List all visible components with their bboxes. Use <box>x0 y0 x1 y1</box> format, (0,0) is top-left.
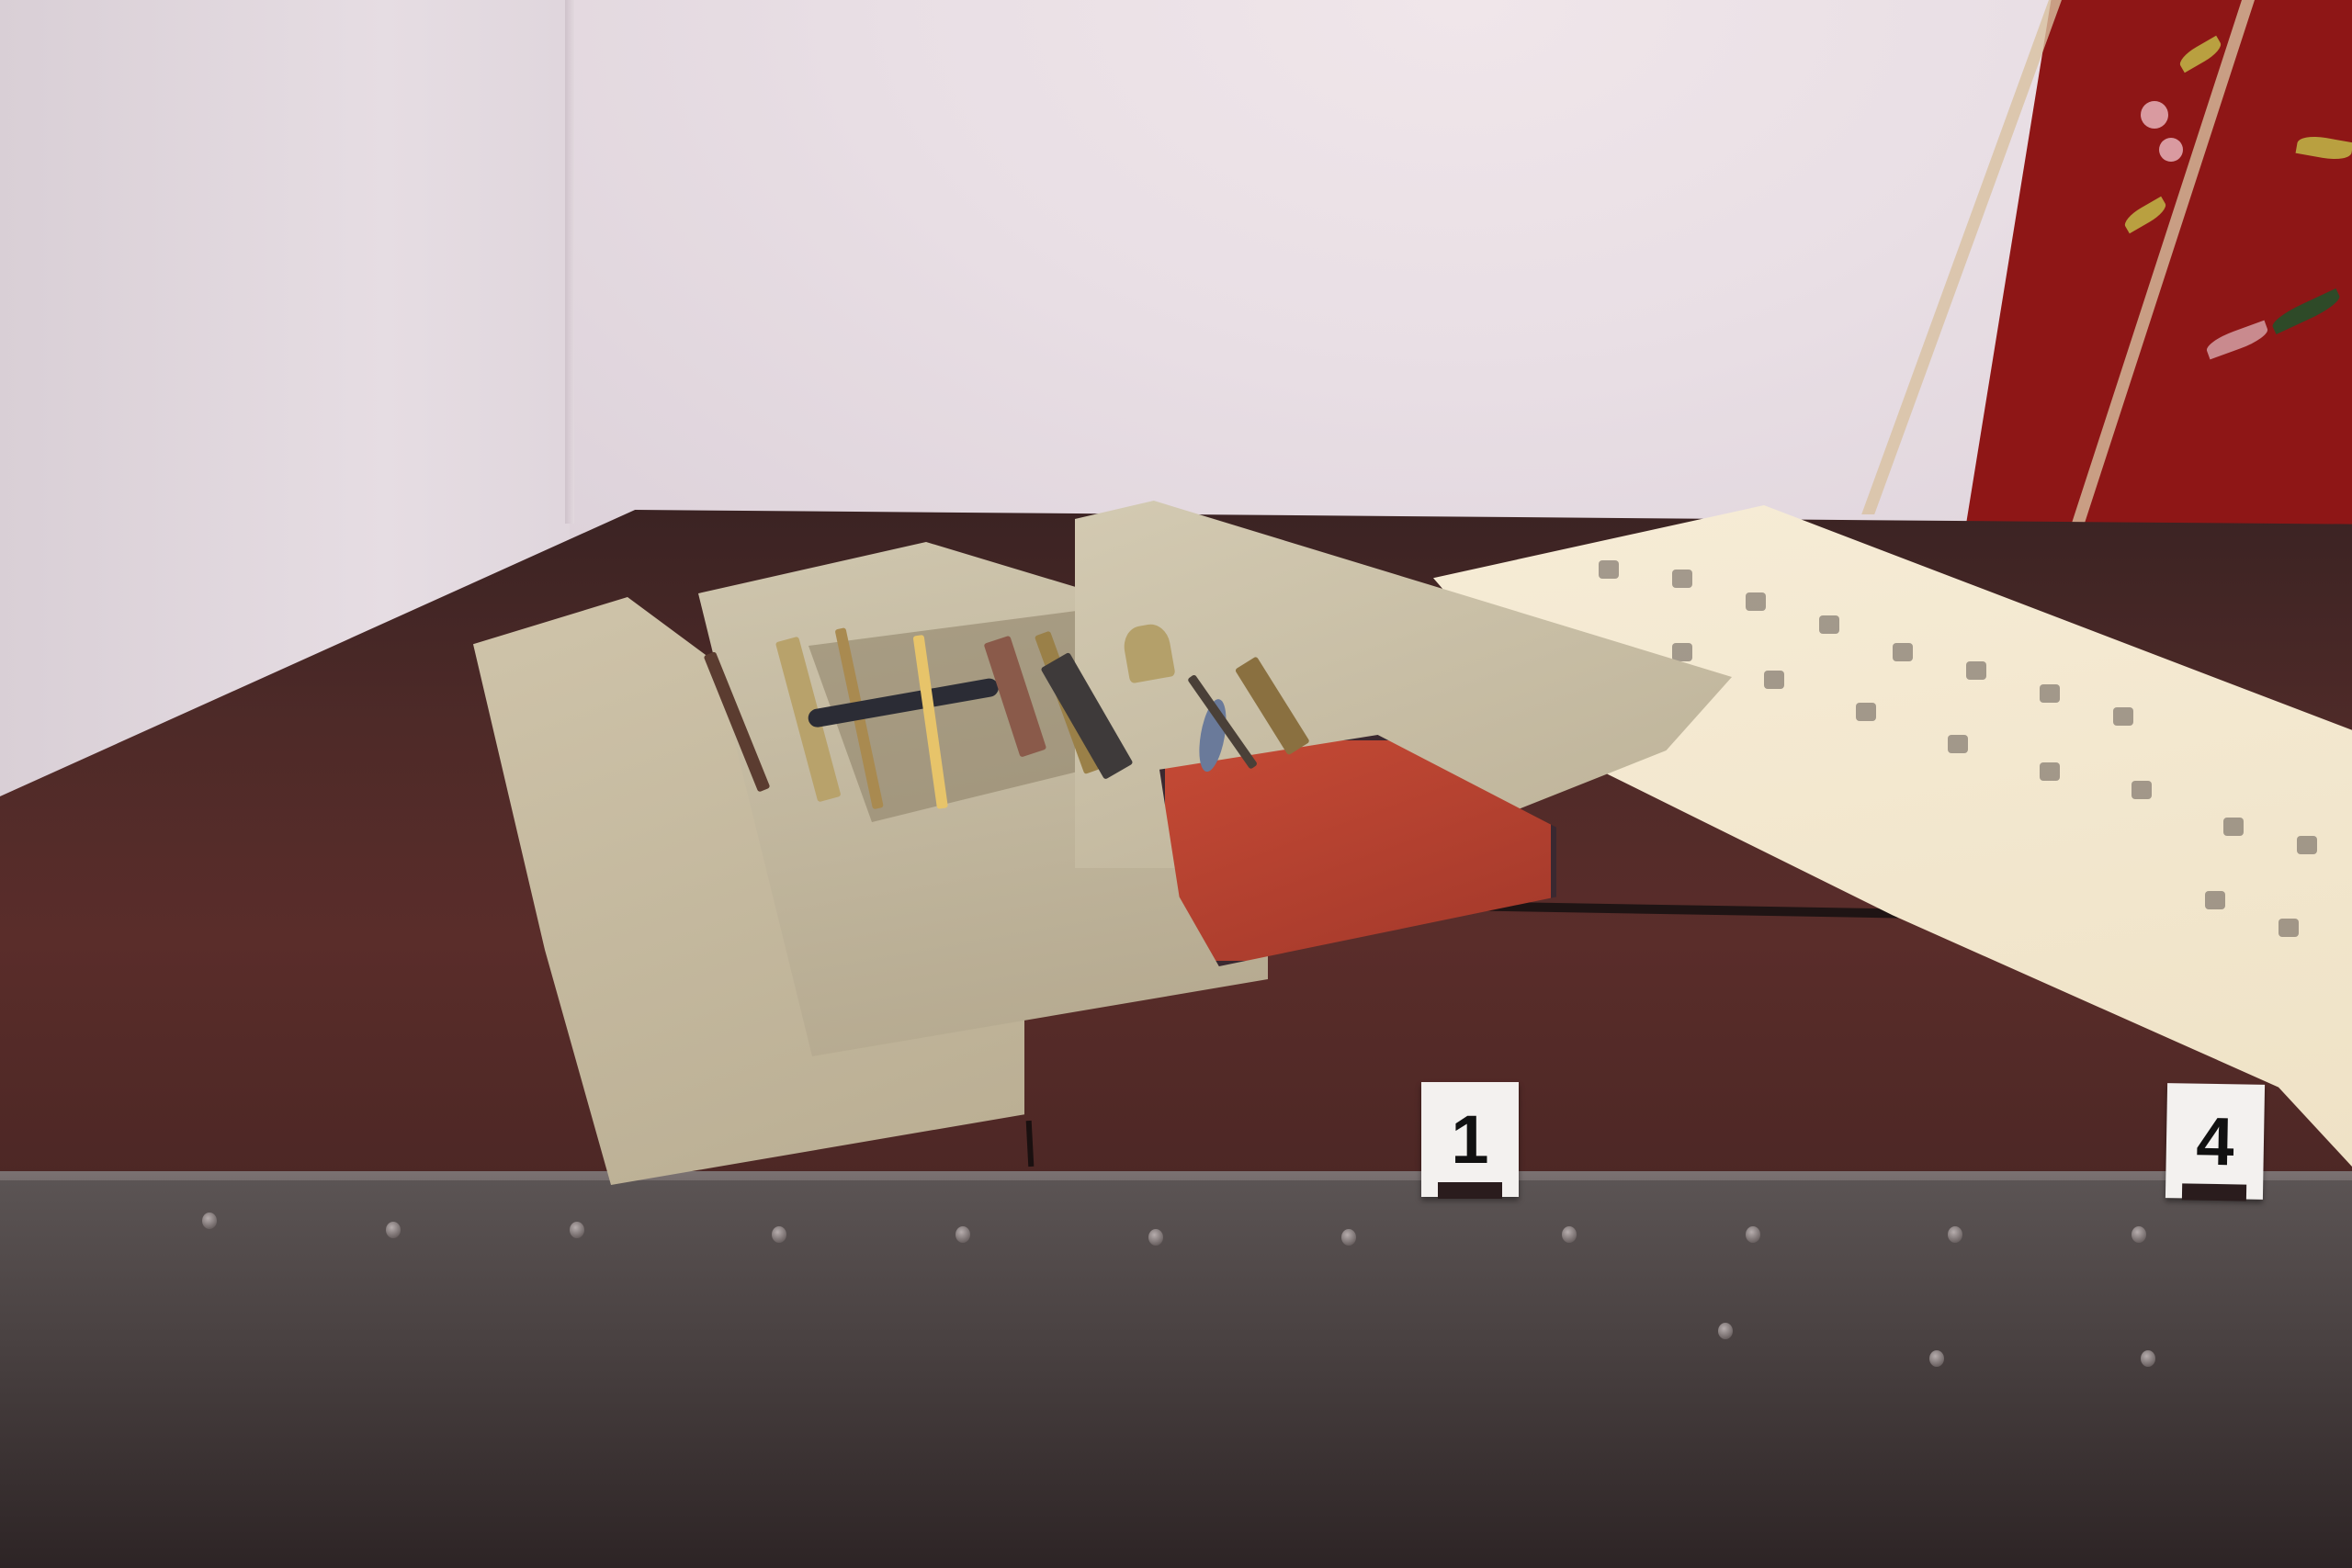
script-character <box>2223 818 2244 836</box>
chest-front-panel <box>0 1180 2352 1568</box>
script-character <box>2113 707 2133 726</box>
script-character <box>1764 671 1784 689</box>
rivet-icon <box>386 1222 401 1238</box>
embroidered-flower-icon <box>2141 101 2168 129</box>
script-character <box>1599 560 1619 579</box>
embroidered-flower-icon <box>2159 138 2183 162</box>
rivet-icon <box>1718 1323 1733 1339</box>
rivet-icon <box>772 1226 786 1243</box>
script-character <box>1819 615 1839 634</box>
script-character <box>1672 570 1692 588</box>
script-character <box>1966 661 1986 680</box>
script-character <box>1746 592 1766 611</box>
wall-corner <box>565 0 574 524</box>
script-character <box>2040 684 2060 703</box>
script-character <box>2297 836 2317 854</box>
tag-stand-notch <box>2182 1183 2246 1201</box>
exhibit-tag-1: 1 <box>1421 1082 1519 1197</box>
tag-stand-notch <box>1438 1182 1502 1199</box>
script-character <box>2131 781 2152 799</box>
rivet-icon <box>2141 1350 2155 1367</box>
rivet-icon <box>1948 1226 1962 1243</box>
rivet-icon <box>1341 1229 1356 1246</box>
rivet-icon <box>202 1213 217 1229</box>
script-character <box>1948 735 1968 753</box>
exhibit-tag-4: 4 <box>2165 1083 2265 1200</box>
rivet-icon <box>1929 1350 1944 1367</box>
script-character <box>1893 643 1913 661</box>
script-character <box>1856 703 1876 721</box>
script-character <box>2040 762 2060 781</box>
rivet-icon <box>1148 1229 1163 1246</box>
script-character <box>2278 919 2299 937</box>
tag-number: 1 <box>1451 1100 1488 1179</box>
script-character <box>2205 891 2225 909</box>
rivet-icon <box>1746 1226 1760 1243</box>
rivet-icon <box>2131 1226 2146 1243</box>
rivet-icon <box>570 1222 584 1238</box>
tag-number: 4 <box>2196 1102 2235 1181</box>
rivet-icon <box>1562 1226 1577 1243</box>
rivet-icon <box>955 1226 970 1243</box>
script-character <box>1672 643 1692 661</box>
